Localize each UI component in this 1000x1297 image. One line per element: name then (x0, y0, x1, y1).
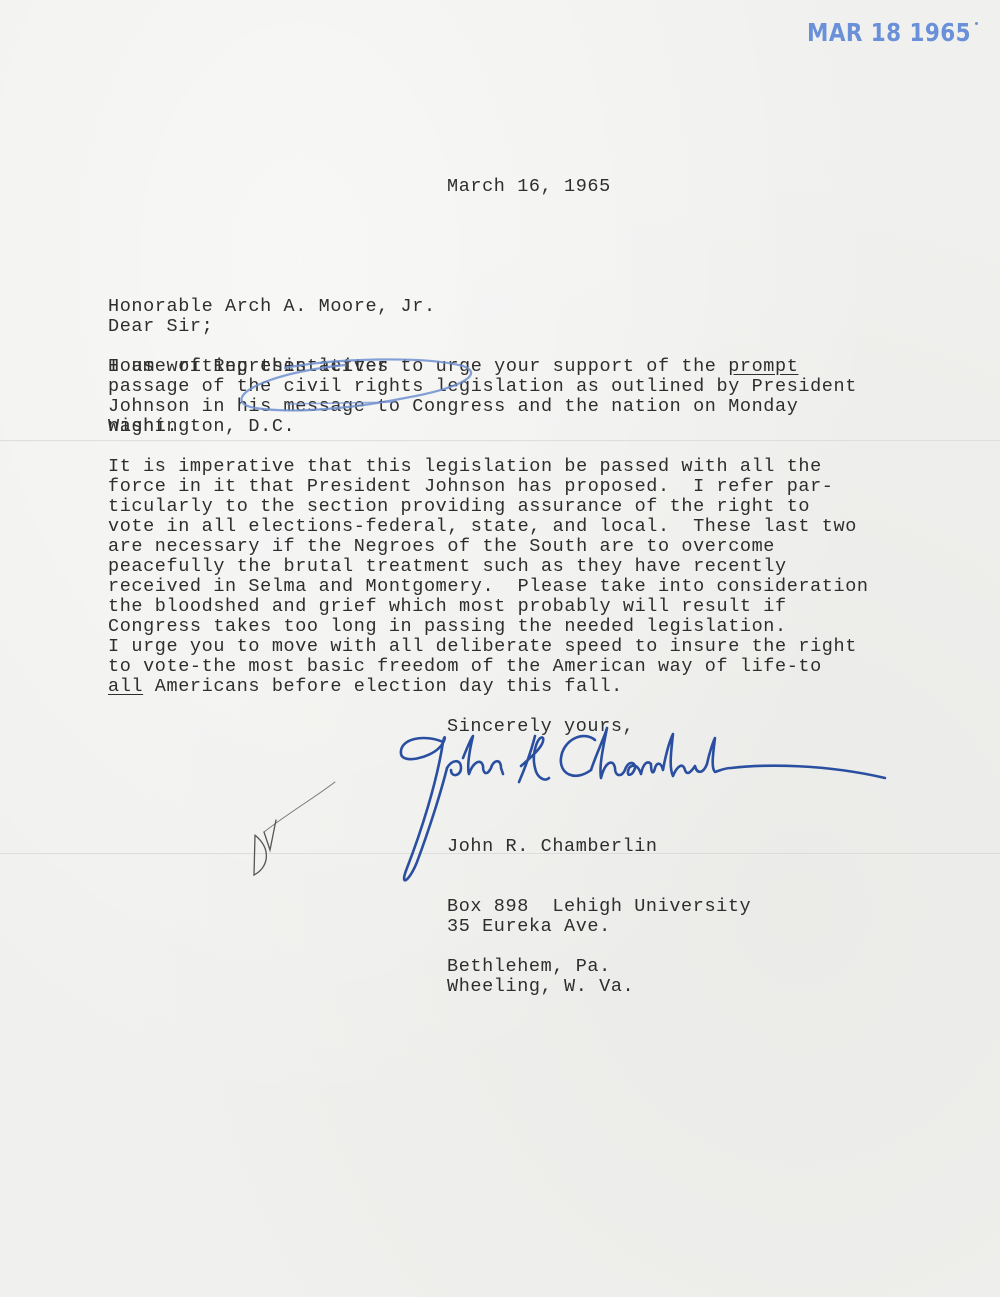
body-text-line: force in it that President Johnson has p… (108, 477, 869, 497)
body-text-line: to vote-the most basic freedom of the Am… (108, 657, 869, 677)
handwritten-signature (385, 712, 905, 912)
body-text-line: I urge you to move with all deliberate s… (108, 637, 869, 657)
home-address-line: 35 Eureka Ave. (447, 917, 634, 937)
body-text-line: ticularly to the section providing assur… (108, 497, 869, 517)
body-text-line: the bloodshed and grief which most proba… (108, 597, 869, 617)
body-text-line: all Americans before election day this f… (108, 677, 869, 697)
ink-speck (975, 22, 978, 25)
salutation: Dear Sir; (108, 317, 213, 337)
received-date-stamp: MAR 18 1965 (807, 18, 971, 47)
underlined-emphasis: all (108, 676, 143, 697)
underlined-emphasis: prompt (728, 356, 798, 377)
body-text-line: vote in all elections-federal, state, an… (108, 517, 869, 537)
handdrawn-circle-annotation (225, 352, 485, 422)
body-text-line: peacefully the brutal treatment such as … (108, 557, 869, 577)
body-text-line: It is imperative that this legislation b… (108, 457, 869, 477)
handwritten-initials (240, 780, 340, 880)
body-text-line: Congress takes too long in passing the n… (108, 617, 869, 637)
paragraph-2: It is imperative that this legislation b… (108, 457, 869, 697)
recipient-line: Honorable Arch A. Moore, Jr. (108, 297, 436, 317)
letter-date: March 16, 1965 (447, 177, 611, 197)
home-address-line: Wheeling, W. Va. (447, 977, 634, 997)
body-text-line: received in Selma and Montgomery. Please… (108, 577, 869, 597)
body-text-line: are necessary if the Negroes of the Sout… (108, 537, 869, 557)
